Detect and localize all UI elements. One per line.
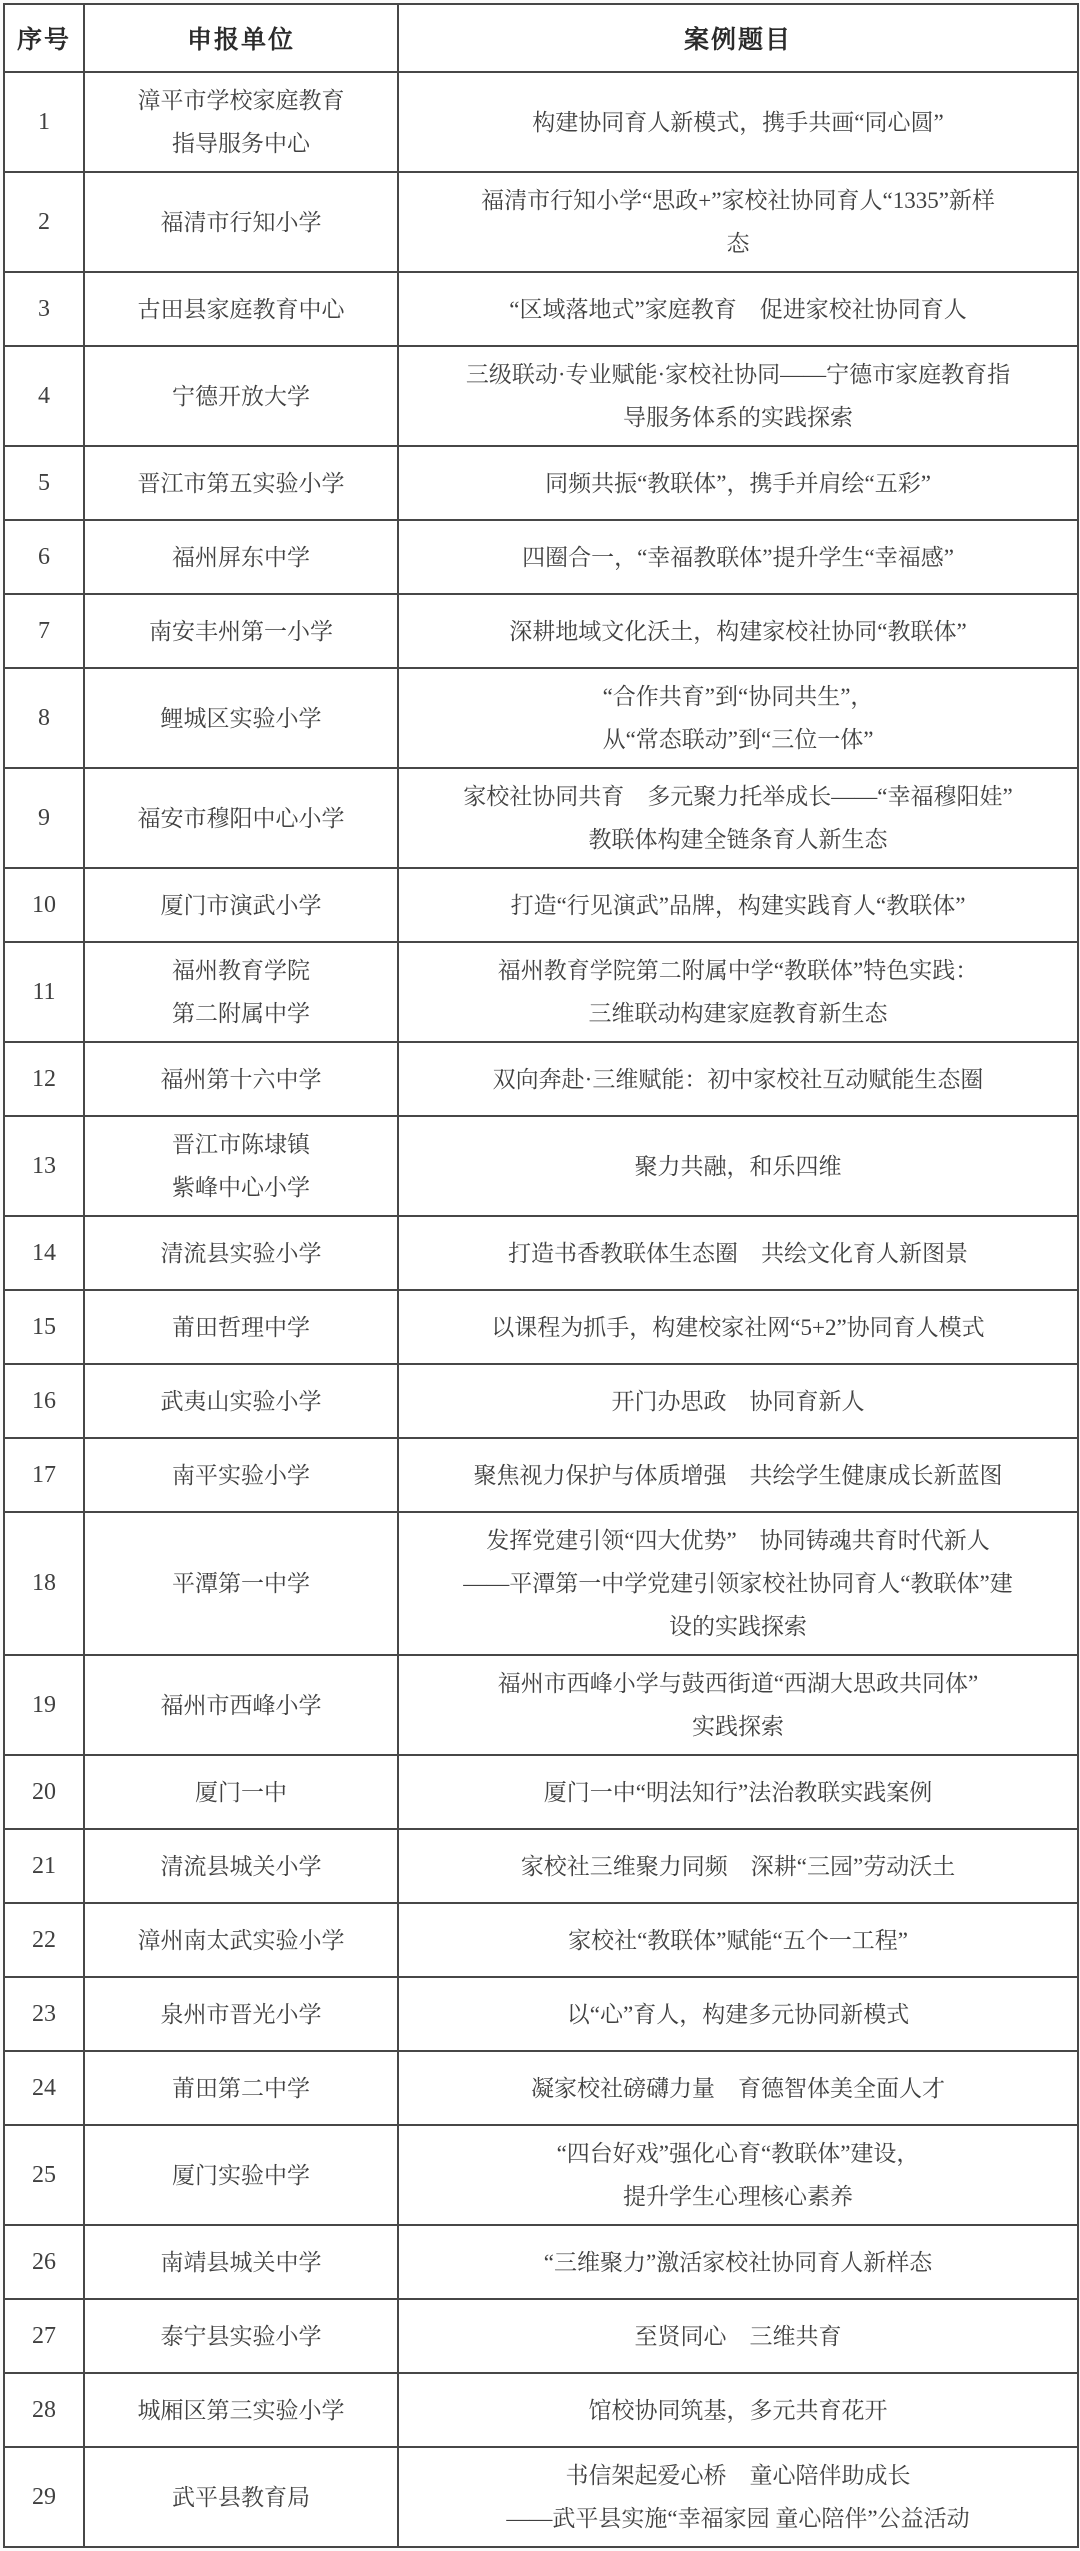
title-cell: 福州市西峰小学与鼓西街道“西湖大思政共同体” 实践探索 (398, 1655, 1078, 1755)
unit-cell: 泰宁县实验小学 (84, 2299, 398, 2373)
title-cell: 以课程为抓手，构建校家社网“5+2”协同育人模式 (398, 1290, 1078, 1364)
table-row: 17 南平实验小学 聚焦视力保护与体质增强 共绘学生健康成长新蓝图 (4, 1438, 1078, 1512)
table-row: 28 城厢区第三实验小学 馆校协同筑基，多元共育花开 (4, 2373, 1078, 2447)
title-cell: 家校社“教联体”赋能“五个一工程” (398, 1903, 1078, 1977)
table-row: 12 福州第十六中学 双向奔赴·三维赋能：初中家校社互动赋能生态圈 (4, 1042, 1078, 1116)
unit-cell: 莆田哲理中学 (84, 1290, 398, 1364)
unit-cell: 福州教育学院 第二附属中学 (84, 942, 398, 1042)
unit-cell: 武平县教育局 (84, 2447, 398, 2547)
unit-cell: 南平实验小学 (84, 1438, 398, 1512)
unit-cell: 武夷山实验小学 (84, 1364, 398, 1438)
title-cell: 四圈合一，“幸福教联体”提升学生“幸福感” (398, 520, 1078, 594)
table-row: 19 福州市西峰小学 福州市西峰小学与鼓西街道“西湖大思政共同体” 实践探索 (4, 1655, 1078, 1755)
table-row: 11 福州教育学院 第二附属中学 福州教育学院第二附属中学“教联体”特色实践： … (4, 942, 1078, 1042)
row-number-cell: 20 (4, 1755, 84, 1829)
title-cell: 开门办思政 协同育新人 (398, 1364, 1078, 1438)
title-cell: 厦门一中“明法知行”法治教联实践案例 (398, 1755, 1078, 1829)
row-number-cell: 10 (4, 868, 84, 942)
unit-cell: 厦门市演武小学 (84, 868, 398, 942)
row-number-cell: 23 (4, 1977, 84, 2051)
row-number-cell: 6 (4, 520, 84, 594)
table-row: 13 晋江市陈埭镇 紫峰中心小学 聚力共融，和乐四维 (4, 1116, 1078, 1216)
table-row: 23 泉州市晋光小学 以“心”育人，构建多元协同新模式 (4, 1977, 1078, 2051)
row-number-cell: 11 (4, 942, 84, 1042)
unit-cell: 泉州市晋光小学 (84, 1977, 398, 2051)
row-number-cell: 19 (4, 1655, 84, 1755)
unit-cell: 古田县家庭教育中心 (84, 272, 398, 346)
table-row: 1 漳平市学校家庭教育 指导服务中心 构建协同育人新模式，携手共画“同心圆” (4, 72, 1078, 172)
row-number-cell: 25 (4, 2125, 84, 2225)
unit-cell: 莆田第二中学 (84, 2051, 398, 2125)
row-number-cell: 16 (4, 1364, 84, 1438)
row-number-cell: 4 (4, 346, 84, 446)
row-number-cell: 27 (4, 2299, 84, 2373)
title-cell: 深耕地域文化沃土，构建家校社协同“教联体” (398, 594, 1078, 668)
unit-cell: 福清市行知小学 (84, 172, 398, 272)
title-cell: 家校社协同共育 多元聚力托举成长——“幸福穆阳娃” 教联体构建全链条育人新生态 (398, 768, 1078, 868)
title-cell: 双向奔赴·三维赋能：初中家校社互动赋能生态圈 (398, 1042, 1078, 1116)
unit-cell: 鲤城区实验小学 (84, 668, 398, 768)
unit-cell: 清流县实验小学 (84, 1216, 398, 1290)
table-row: 7 南安丰州第一小学 深耕地域文化沃土，构建家校社协同“教联体” (4, 594, 1078, 668)
row-number-cell: 13 (4, 1116, 84, 1216)
table-row: 14 清流县实验小学 打造书香教联体生态圈 共绘文化育人新图景 (4, 1216, 1078, 1290)
unit-cell: 厦门一中 (84, 1755, 398, 1829)
unit-cell: 清流县城关小学 (84, 1829, 398, 1903)
title-cell: 构建协同育人新模式，携手共画“同心圆” (398, 72, 1078, 172)
unit-cell: 城厢区第三实验小学 (84, 2373, 398, 2447)
row-number-cell: 22 (4, 1903, 84, 1977)
table-row: 16 武夷山实验小学 开门办思政 协同育新人 (4, 1364, 1078, 1438)
row-number-cell: 14 (4, 1216, 84, 1290)
table-row: 5 晋江市第五实验小学 同频共振“教联体”，携手并肩绘“五彩” (4, 446, 1078, 520)
table-row: 2 福清市行知小学 福清市行知小学“思政+”家校社协同育人“1335”新样 态 (4, 172, 1078, 272)
table-row: 18 平潭第一中学 发挥党建引领“四大优势” 协同铸魂共育时代新人 ——平潭第一… (4, 1512, 1078, 1655)
row-number-cell: 21 (4, 1829, 84, 1903)
title-cell: 打造书香教联体生态圈 共绘文化育人新图景 (398, 1216, 1078, 1290)
unit-cell: 漳平市学校家庭教育 指导服务中心 (84, 72, 398, 172)
column-header-unit: 申报单位 (84, 4, 398, 72)
unit-cell: 福州第十六中学 (84, 1042, 398, 1116)
row-number-cell: 9 (4, 768, 84, 868)
table-row: 26 南靖县城关中学 “三维聚力”激活家校社协同育人新样态 (4, 2225, 1078, 2299)
cases-table: 序号 申报单位 案例题目 1 漳平市学校家庭教育 指导服务中心 构建协同育人新模… (3, 3, 1079, 2548)
title-cell: 凝家校社磅礴力量 育德智体美全面人才 (398, 2051, 1078, 2125)
row-number-cell: 7 (4, 594, 84, 668)
unit-cell: 福州市西峰小学 (84, 1655, 398, 1755)
row-number-cell: 26 (4, 2225, 84, 2299)
table-row: 25 厦门实验中学 “四台好戏”强化心育“教联体”建设， 提升学生心理核心素养 (4, 2125, 1078, 2225)
unit-cell: 南靖县城关中学 (84, 2225, 398, 2299)
table-row: 24 莆田第二中学 凝家校社磅礴力量 育德智体美全面人才 (4, 2051, 1078, 2125)
column-header-no: 序号 (4, 4, 84, 72)
row-number-cell: 15 (4, 1290, 84, 1364)
title-cell: 家校社三维聚力同频 深耕“三园”劳动沃土 (398, 1829, 1078, 1903)
title-cell: “区域落地式”家庭教育 促进家校社协同育人 (398, 272, 1078, 346)
table-row: 27 泰宁县实验小学 至贤同心 三维共育 (4, 2299, 1078, 2373)
row-number-cell: 24 (4, 2051, 84, 2125)
title-cell: “三维聚力”激活家校社协同育人新样态 (398, 2225, 1078, 2299)
table-header: 序号 申报单位 案例题目 (4, 4, 1078, 72)
table-row: 3 古田县家庭教育中心 “区域落地式”家庭教育 促进家校社协同育人 (4, 272, 1078, 346)
row-number-cell: 12 (4, 1042, 84, 1116)
title-cell: “四台好戏”强化心育“教联体”建设， 提升学生心理核心素养 (398, 2125, 1078, 2225)
row-number-cell: 2 (4, 172, 84, 272)
column-header-title: 案例题目 (398, 4, 1078, 72)
table-row: 4 宁德开放大学 三级联动·专业赋能·家校社协同——宁德市家庭教育指 导服务体系… (4, 346, 1078, 446)
title-cell: 福州教育学院第二附属中学“教联体”特色实践： 三维联动构建家庭教育新生态 (398, 942, 1078, 1042)
table-row: 20 厦门一中 厦门一中“明法知行”法治教联实践案例 (4, 1755, 1078, 1829)
title-cell: 以“心”育人，构建多元协同新模式 (398, 1977, 1078, 2051)
table-row: 21 清流县城关小学 家校社三维聚力同频 深耕“三园”劳动沃土 (4, 1829, 1078, 1903)
unit-cell: 福州屏东中学 (84, 520, 398, 594)
unit-cell: 厦门实验中学 (84, 2125, 398, 2225)
title-cell: 馆校协同筑基，多元共育花开 (398, 2373, 1078, 2447)
unit-cell: 福安市穆阳中心小学 (84, 768, 398, 868)
table-row: 6 福州屏东中学 四圈合一，“幸福教联体”提升学生“幸福感” (4, 520, 1078, 594)
row-number-cell: 5 (4, 446, 84, 520)
table-row: 9 福安市穆阳中心小学 家校社协同共育 多元聚力托举成长——“幸福穆阳娃” 教联… (4, 768, 1078, 868)
row-number-cell: 1 (4, 72, 84, 172)
title-cell: 同频共振“教联体”，携手并肩绘“五彩” (398, 446, 1078, 520)
unit-cell: 漳州南太武实验小学 (84, 1903, 398, 1977)
row-number-cell: 28 (4, 2373, 84, 2447)
row-number-cell: 29 (4, 2447, 84, 2547)
title-cell: 至贤同心 三维共育 (398, 2299, 1078, 2373)
unit-cell: 南安丰州第一小学 (84, 594, 398, 668)
title-cell: 发挥党建引领“四大优势” 协同铸魂共育时代新人 ——平潭第一中学党建引领家校社协… (398, 1512, 1078, 1655)
title-cell: 三级联动·专业赋能·家校社协同——宁德市家庭教育指 导服务体系的实践探索 (398, 346, 1078, 446)
title-cell: 打造“行见演武”品牌，构建实践育人“教联体” (398, 868, 1078, 942)
unit-cell: 晋江市陈埭镇 紫峰中心小学 (84, 1116, 398, 1216)
row-number-cell: 8 (4, 668, 84, 768)
title-cell: 书信架起爱心桥 童心陪伴助成长 ——武平县实施“幸福家园 童心陪伴”公益活动 (398, 2447, 1078, 2547)
table-row: 22 漳州南太武实验小学 家校社“教联体”赋能“五个一工程” (4, 1903, 1078, 1977)
table-row: 29 武平县教育局 书信架起爱心桥 童心陪伴助成长 ——武平县实施“幸福家园 童… (4, 2447, 1078, 2547)
unit-cell: 宁德开放大学 (84, 346, 398, 446)
table-row: 15 莆田哲理中学 以课程为抓手，构建校家社网“5+2”协同育人模式 (4, 1290, 1078, 1364)
row-number-cell: 3 (4, 272, 84, 346)
title-cell: 福清市行知小学“思政+”家校社协同育人“1335”新样 态 (398, 172, 1078, 272)
table-body: 1 漳平市学校家庭教育 指导服务中心 构建协同育人新模式，携手共画“同心圆” 2… (4, 72, 1078, 2547)
unit-cell: 平潭第一中学 (84, 1512, 398, 1655)
title-cell: “合作共育”到“协同共生”， 从“常态联动”到“三位一体” (398, 668, 1078, 768)
row-number-cell: 18 (4, 1512, 84, 1655)
row-number-cell: 17 (4, 1438, 84, 1512)
title-cell: 聚力共融，和乐四维 (398, 1116, 1078, 1216)
header-row: 序号 申报单位 案例题目 (4, 4, 1078, 72)
table-row: 8 鲤城区实验小学 “合作共育”到“协同共生”， 从“常态联动”到“三位一体” (4, 668, 1078, 768)
title-cell: 聚焦视力保护与体质增强 共绘学生健康成长新蓝图 (398, 1438, 1078, 1512)
table-row: 10 厦门市演武小学 打造“行见演武”品牌，构建实践育人“教联体” (4, 868, 1078, 942)
unit-cell: 晋江市第五实验小学 (84, 446, 398, 520)
